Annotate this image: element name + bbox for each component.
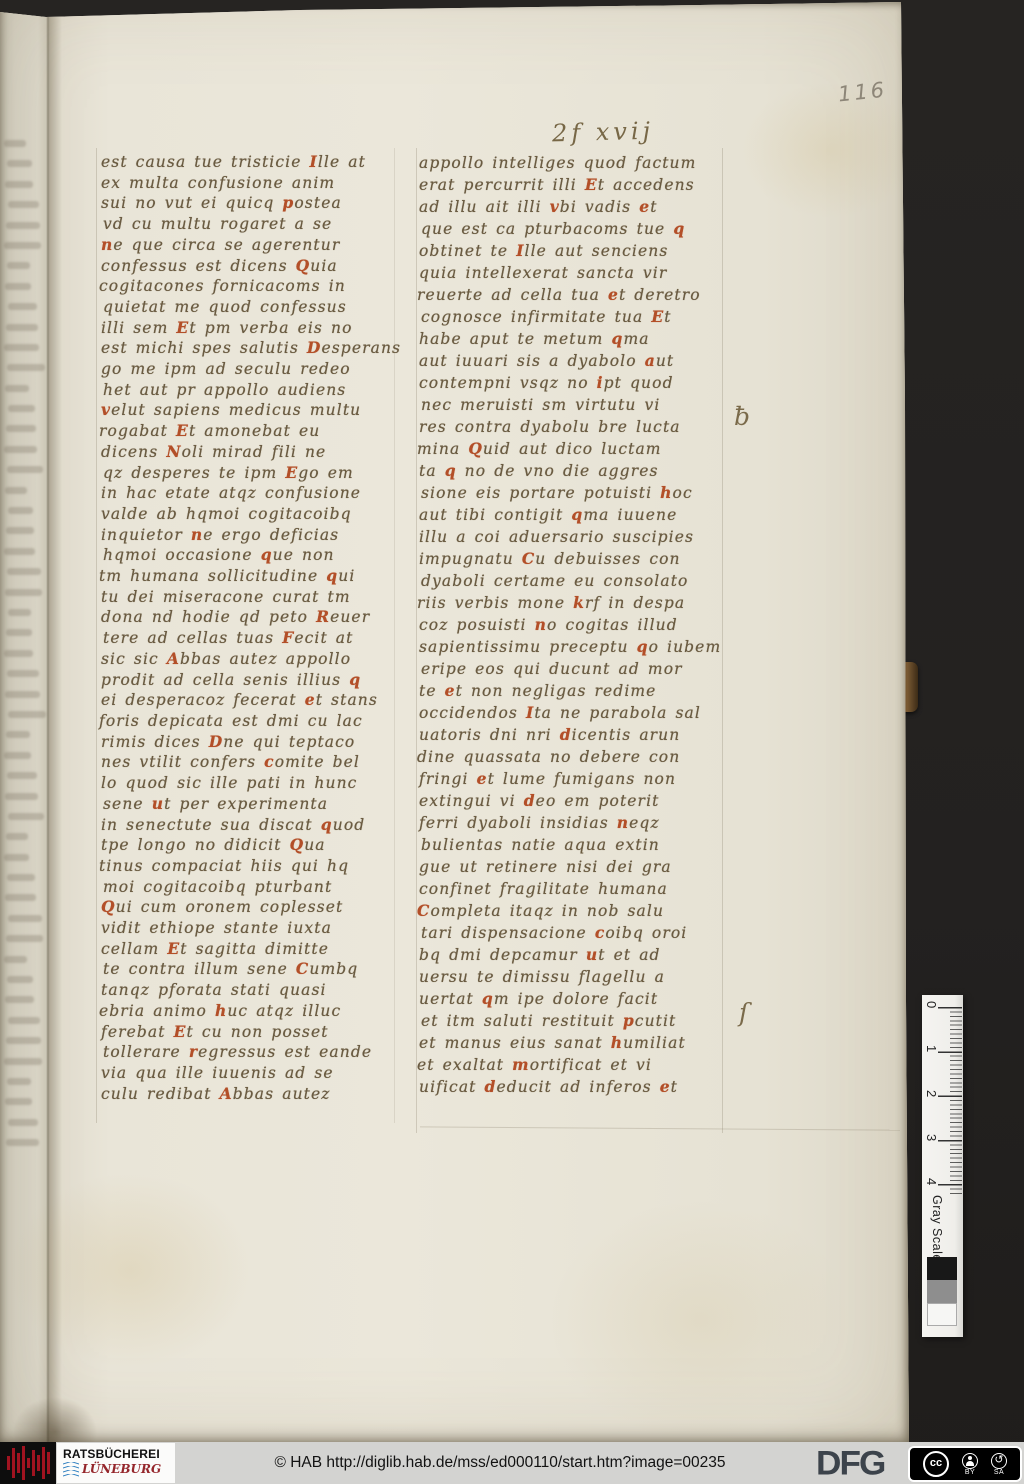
manuscript-line: tpe longo no didicit Qua [101, 835, 394, 856]
cc-by-item: BY [962, 1453, 978, 1476]
manuscript-line: tari dispensacione coibq oroi [421, 922, 721, 944]
manuscript-line: confinet fragilitate humana [419, 878, 719, 900]
manuscript-line: dicens Noli mirad fili ne [101, 442, 394, 463]
manuscript-line: mina Quid aut dico luctam [417, 438, 717, 460]
dfg-logo: DFG [816, 1444, 885, 1483]
manuscript-line: hqmoi occasione que non [103, 545, 396, 566]
manuscript-line: uertat qm ipe dolore facit [419, 988, 719, 1010]
manuscript-line: tollerare regressus est eande [103, 1042, 396, 1063]
manuscript-line: aut iuuari sis a dyabolo aut [419, 350, 719, 372]
manuscript-line: vd cu multu rogaret a se [103, 214, 396, 235]
cc-sa-item: ↺ SA [991, 1453, 1007, 1476]
manuscript-line: tinus compaciat hiis qui hq [99, 856, 392, 877]
grayscale-swatch-black [927, 1257, 957, 1280]
ruling-line [722, 148, 723, 1133]
margin-mark: ƀ [734, 402, 750, 431]
manuscript-line: tere ad cellas tuas Fecit at [103, 628, 396, 649]
manuscript-line: habe aput te metum qma [419, 328, 719, 350]
manuscript-line: res contra dyabolu bre lucta [419, 416, 719, 438]
manuscript-line: tm humana sollicitudine qui [99, 566, 392, 587]
manuscript-line: bulientas natie aqua extin [421, 834, 721, 856]
manuscript-line: impugnatu Cu debuisses con [419, 548, 719, 570]
manuscript-line: ta q no de vno die aggres [419, 460, 719, 482]
manuscript-line: sic sic Abbas autez appollo [101, 649, 394, 670]
manuscript-line: extingui vi deo em poterit [419, 790, 719, 812]
ruling-line [96, 148, 97, 1123]
manuscript-line: ei desperacoz fecerat et stans [101, 690, 394, 711]
manuscript-line: que est ca pturbacoms tue q [421, 218, 721, 240]
manuscript-line: tanqz pforata stati quasi [101, 980, 394, 1001]
manuscript-line: lo quod sic ille pati in hunc [101, 773, 394, 794]
library-mark-icon [0, 1442, 56, 1484]
manuscript-line: et manus eius sanat humiliat [419, 1032, 719, 1054]
manuscript-line: qz desperes te ipm Ego em [103, 463, 396, 484]
manuscript-line: uificat deducit ad inferos et [419, 1076, 719, 1098]
copyright-url-text: © HAB http://diglib.hab.de/mss/ed000110/… [190, 1442, 810, 1484]
grayscale-swatch-gray [927, 1280, 957, 1303]
manuscript-line: eripe eos qui ducunt ad mor [421, 658, 721, 680]
manuscript-line: est causa tue tristicie Ille at [101, 152, 394, 173]
text-column-right: appollo intelliges quod factumerat percu… [419, 152, 719, 1098]
library-name: RATSBÜCHEREI [63, 1447, 175, 1461]
manuscript-line: obtinet te Ille aut senciens [419, 240, 719, 262]
footer-bar: RATSBÜCHEREI LÜNEBURG © HAB http://digli… [0, 1442, 1024, 1484]
margin-mark: ſ [739, 998, 748, 1027]
manuscript-line: tu dei miseracone curat tm [101, 587, 394, 608]
manuscript-line: ebria animo huc atqz illuc [99, 1001, 392, 1022]
cc-sa-label: SA [994, 1469, 1004, 1476]
manuscript-line: confessus est dicens Quia [101, 256, 394, 277]
book-waves-icon [63, 1462, 79, 1477]
manuscript-line: cognosce infirmitate tua Et [421, 306, 721, 328]
manuscript-line: bq dmi depcamur ut et ad [419, 944, 719, 966]
manuscript-line: cogitacones fornicacoms in [99, 276, 392, 297]
manuscript-line: illi sem Et pm verba eis no [101, 318, 394, 339]
manuscript-line: fringi et lume fumigans non [419, 768, 719, 790]
facing-page-ghost-text [4, 140, 40, 1160]
manuscript-line: quia intellexerat sancta vir [419, 262, 719, 284]
manuscript-line: ad illu ait illi vbi vadis et [419, 196, 719, 218]
manuscript-line: quietat me quod confessus [103, 297, 396, 318]
cc-by-label: BY [965, 1469, 975, 1476]
library-city: LÜNEBURG [82, 1462, 161, 1476]
manuscript-line: culu redibat Abbas autez [101, 1084, 394, 1105]
manuscript-line: het aut pr appollo audiens [103, 380, 396, 401]
manuscript-line: et itm saluti restituit pcutit [421, 1010, 721, 1032]
manuscript-line: te et non negligas redime [419, 680, 719, 702]
manuscript-line: vidit ethiope stante iuxta [101, 918, 394, 939]
manuscript-line: nec meruisti sm virtutu vi [421, 394, 721, 416]
cc-license-badge: cc BY ↺ SA [908, 1446, 1022, 1482]
manuscript-line: prodit ad cella senis illius q [101, 670, 394, 691]
manuscript-line: riis verbis mone krf in despa [417, 592, 717, 614]
manuscript-line: dine quassata no debere con [417, 746, 717, 768]
manuscript-line: uersu te dimissu flagellu a [419, 966, 719, 988]
manuscript-line: ne que circa se agerentur [101, 235, 394, 256]
binding-crease [47, 14, 49, 1442]
manuscript-line: rimis dices Dne qui teptaco [101, 732, 394, 753]
grayscale-ruler: 01234 Gray Scale [922, 995, 963, 1337]
ruler-number: 3 [924, 1134, 939, 1149]
folio-number: 116 [837, 77, 888, 106]
manuscript-line: illu a coi aduersario suscipies [419, 526, 719, 548]
ruler-number: 2 [924, 1090, 939, 1105]
manuscript-scan: 116 2f xvij est causa tue tristicie Ille… [0, 0, 1024, 1484]
text-column-left: est causa tue tristicie Ille atex multa … [101, 152, 394, 1104]
manuscript-line: moi cogitacoibq pturbant [103, 877, 396, 898]
manuscript-line: Completa itaqz in nob salu [417, 900, 717, 922]
grayscale-swatch-white [927, 1303, 957, 1326]
ruler-number: 0 [924, 1001, 939, 1016]
manuscript-line: via qua ille iuuenis ad se [101, 1063, 394, 1084]
manuscript-line: dyaboli certame eu consolato [421, 570, 721, 592]
ruler-number: 1 [924, 1045, 939, 1060]
manuscript-line: coz posuisti no cogitas illud [419, 614, 719, 636]
manuscript-line: in senectute sua discat quod [101, 815, 394, 836]
manuscript-line: et exaltat mortificat et vi [417, 1054, 717, 1076]
manuscript-line: appollo intelliges quod factum [419, 152, 719, 174]
manuscript-line: uatoris dni nri dicentis arun [419, 724, 719, 746]
manuscript-line: ex multa confusione anim [101, 173, 394, 194]
manuscript-line: occidendos Ita ne parabola sal [419, 702, 719, 724]
manuscript-line: aut tibi contigit qma iuuene [419, 504, 719, 526]
manuscript-line: ferebat Et cu non posset [101, 1022, 394, 1043]
ruler-number: 4 [924, 1178, 939, 1193]
manuscript-line: valde ab hqmoi cogitacoibq [101, 504, 394, 525]
manuscript-line: reuerte ad cella tua et deretro [417, 284, 717, 306]
manuscript-line: inquietor ne ergo deficias [101, 525, 394, 546]
manuscript-line: gue ut retinere nisi dei gra [419, 856, 719, 878]
manuscript-page: 116 2f xvij est causa tue tristicie Ille… [0, 0, 910, 1442]
manuscript-line: sene ut per experimenta [103, 794, 396, 815]
ruling-line [420, 1126, 900, 1130]
manuscript-line: nes vtilit confers comite bel [101, 752, 394, 773]
ruler-mm-ticks [950, 1007, 962, 1194]
manuscript-line: sui no vut ei quicq postea [101, 193, 394, 214]
cc-icon: cc [923, 1451, 949, 1477]
manuscript-line: erat percurrit illi Et accedens [419, 174, 719, 196]
page-header: 2f xvij [552, 117, 655, 148]
manuscript-line: ferri dyaboli insidias neqz [419, 812, 719, 834]
manuscript-line: rogabat Et amonebat eu [99, 421, 392, 442]
manuscript-line: go me ipm ad seculu redeo [101, 359, 394, 380]
manuscript-line: dona nd hodie qd peto Reuer [101, 607, 394, 628]
ratsbuecherei-logo: RATSBÜCHEREI LÜNEBURG [57, 1443, 175, 1483]
manuscript-line: contempni vsqz no ipt quod [419, 372, 719, 394]
manuscript-line: est michi spes salutis Desperans [101, 338, 394, 359]
manuscript-line: cellam Et sagitta dimitte [101, 939, 394, 960]
manuscript-line: sapientissimu preceptu qo iubem [419, 636, 719, 658]
manuscript-line: foris depicata est dmi cu lac [99, 711, 392, 732]
manuscript-line: in hac etate atqz confusione [101, 483, 394, 504]
manuscript-line: te contra illum sene Cumbq [103, 959, 396, 980]
manuscript-line: Qui cum oronem coplesset [101, 897, 394, 918]
cc-sa-arrow-icon: ↺ [991, 1453, 1007, 1469]
manuscript-line: velut sapiens medicus multu [101, 400, 394, 421]
cc-by-person-icon [962, 1453, 978, 1469]
manuscript-line: sione eis portare potuisti hoc [421, 482, 721, 504]
